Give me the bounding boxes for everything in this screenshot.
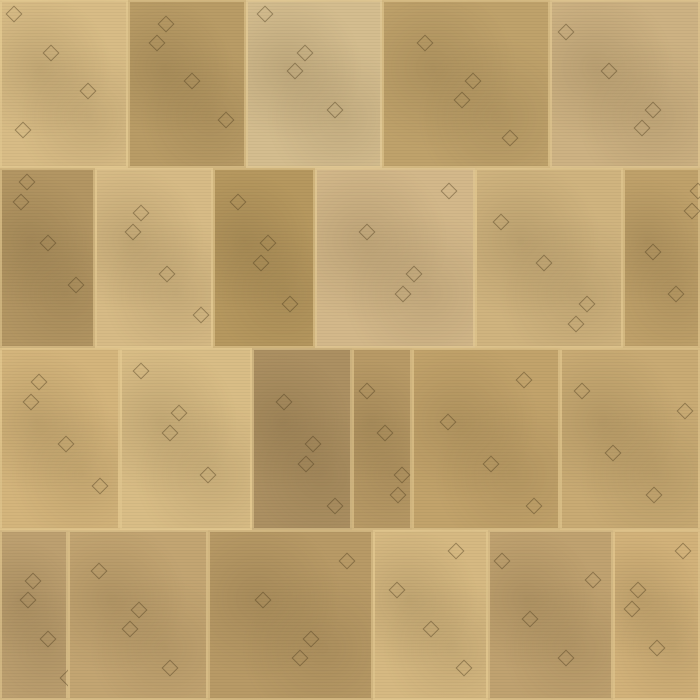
ornament-motif bbox=[19, 174, 36, 191]
ornament-motif bbox=[624, 600, 641, 617]
ornament-motif bbox=[326, 101, 343, 118]
ornament-motif bbox=[339, 553, 356, 570]
ornament-motif bbox=[92, 477, 109, 494]
ornament-motif bbox=[605, 445, 622, 462]
rug-row bbox=[0, 168, 700, 348]
rug-patch bbox=[0, 530, 68, 700]
ornament-motif bbox=[535, 255, 552, 272]
ornament-motif bbox=[12, 193, 29, 210]
ornament-motif bbox=[6, 6, 23, 23]
ornament-motif bbox=[193, 307, 210, 324]
ornament-motif bbox=[521, 610, 538, 627]
ornament-motif bbox=[416, 34, 433, 51]
ornament-motif bbox=[578, 296, 595, 313]
ornament-motif bbox=[394, 285, 411, 302]
ornament-motif bbox=[303, 631, 320, 648]
ornament-motif bbox=[132, 204, 149, 221]
ornament-motif bbox=[287, 63, 304, 80]
ornament-motif bbox=[40, 631, 57, 648]
ornament-motif bbox=[684, 202, 700, 219]
rug-patch bbox=[120, 348, 252, 530]
ornament-motif bbox=[422, 621, 439, 638]
rug-patch bbox=[68, 530, 208, 700]
ornament-motif bbox=[492, 213, 509, 230]
ornament-motif bbox=[305, 435, 322, 452]
ornament-motif bbox=[389, 486, 406, 503]
ornament-motif bbox=[296, 44, 313, 61]
patchwork-rug bbox=[0, 0, 700, 700]
ornament-motif bbox=[80, 83, 97, 100]
ornament-motif bbox=[389, 581, 406, 598]
ornament-motif bbox=[557, 24, 574, 41]
ornament-motif bbox=[359, 224, 376, 241]
ornament-motif bbox=[230, 193, 247, 210]
ornament-motif bbox=[57, 435, 74, 452]
ornament-motif bbox=[456, 660, 473, 677]
ornament-motif bbox=[276, 394, 293, 411]
ornament-motif bbox=[257, 6, 274, 23]
ornament-motif bbox=[359, 383, 376, 400]
rug-patch bbox=[0, 168, 95, 348]
ornament-motif bbox=[441, 183, 458, 200]
ornament-motif bbox=[22, 394, 39, 411]
rug-patch bbox=[315, 168, 475, 348]
ornament-motif bbox=[25, 573, 42, 590]
rug-patch bbox=[560, 348, 700, 530]
ornament-motif bbox=[630, 581, 647, 598]
rug-patch bbox=[128, 0, 246, 168]
ornament-motif bbox=[453, 91, 470, 108]
ornament-motif bbox=[676, 403, 693, 420]
ornament-motif bbox=[298, 455, 315, 472]
ornament-motif bbox=[568, 316, 585, 333]
ornament-motif bbox=[183, 73, 200, 90]
ornament-motif bbox=[585, 571, 602, 588]
rug-row bbox=[0, 0, 700, 168]
ornament-motif bbox=[121, 621, 138, 638]
rug-patch bbox=[475, 168, 623, 348]
ornament-motif bbox=[649, 639, 666, 656]
ornament-motif bbox=[43, 44, 60, 61]
rug-patch bbox=[550, 0, 700, 168]
ornament-motif bbox=[526, 497, 543, 514]
rug-patch bbox=[352, 348, 412, 530]
ornament-motif bbox=[645, 244, 662, 261]
ornament-motif bbox=[161, 424, 178, 441]
rug-patch bbox=[213, 168, 315, 348]
ornament-motif bbox=[515, 372, 532, 389]
rug-patch bbox=[246, 0, 382, 168]
ornament-motif bbox=[31, 374, 48, 391]
ornament-motif bbox=[494, 553, 511, 570]
ornament-motif bbox=[170, 404, 187, 421]
ornament-motif bbox=[327, 497, 344, 514]
ornament-motif bbox=[149, 34, 166, 51]
ornament-motif bbox=[131, 602, 148, 619]
rug-patch bbox=[95, 168, 213, 348]
ornament-motif bbox=[394, 466, 411, 483]
ornament-motif bbox=[217, 111, 234, 128]
ornament-motif bbox=[40, 235, 57, 252]
ornament-motif bbox=[644, 101, 661, 118]
ornament-motif bbox=[255, 592, 272, 609]
ornament-motif bbox=[483, 455, 500, 472]
ornament-motif bbox=[162, 660, 179, 677]
ornament-motif bbox=[376, 424, 393, 441]
ornament-motif bbox=[199, 466, 216, 483]
ornament-motif bbox=[465, 73, 482, 90]
ornament-motif bbox=[158, 265, 175, 282]
ornament-motif bbox=[448, 542, 465, 559]
ornament-motif bbox=[259, 235, 276, 252]
ornament-motif bbox=[124, 224, 141, 241]
rug-patch bbox=[208, 530, 373, 700]
ornament-motif bbox=[14, 121, 31, 138]
rug-patch bbox=[623, 168, 700, 348]
ornament-motif bbox=[291, 649, 308, 666]
ornament-motif bbox=[252, 255, 269, 272]
ornament-motif bbox=[282, 296, 299, 313]
ornament-motif bbox=[90, 563, 107, 580]
ornament-motif bbox=[667, 285, 684, 302]
rug-patch bbox=[412, 348, 560, 530]
rug-row bbox=[0, 530, 700, 700]
rug-patch bbox=[252, 348, 352, 530]
ornament-motif bbox=[20, 592, 37, 609]
ornament-motif bbox=[689, 183, 700, 200]
ornament-motif bbox=[405, 265, 422, 282]
ornament-motif bbox=[557, 649, 574, 666]
rug-patch bbox=[373, 530, 488, 700]
rug-patch bbox=[0, 348, 120, 530]
rug-patch bbox=[382, 0, 550, 168]
ornament-motif bbox=[440, 414, 457, 431]
ornament-motif bbox=[132, 363, 149, 380]
ornament-motif bbox=[157, 16, 174, 33]
rug-patch bbox=[488, 530, 613, 700]
ornament-motif bbox=[674, 542, 691, 559]
ornament-motif bbox=[67, 276, 84, 293]
ornament-motif bbox=[645, 486, 662, 503]
ornament-motif bbox=[502, 130, 519, 147]
ornament-motif bbox=[574, 383, 591, 400]
rug-patch bbox=[613, 530, 700, 700]
rug-patch bbox=[0, 0, 128, 168]
ornament-motif bbox=[634, 120, 651, 137]
rug-row bbox=[0, 348, 700, 530]
ornament-motif bbox=[601, 63, 618, 80]
